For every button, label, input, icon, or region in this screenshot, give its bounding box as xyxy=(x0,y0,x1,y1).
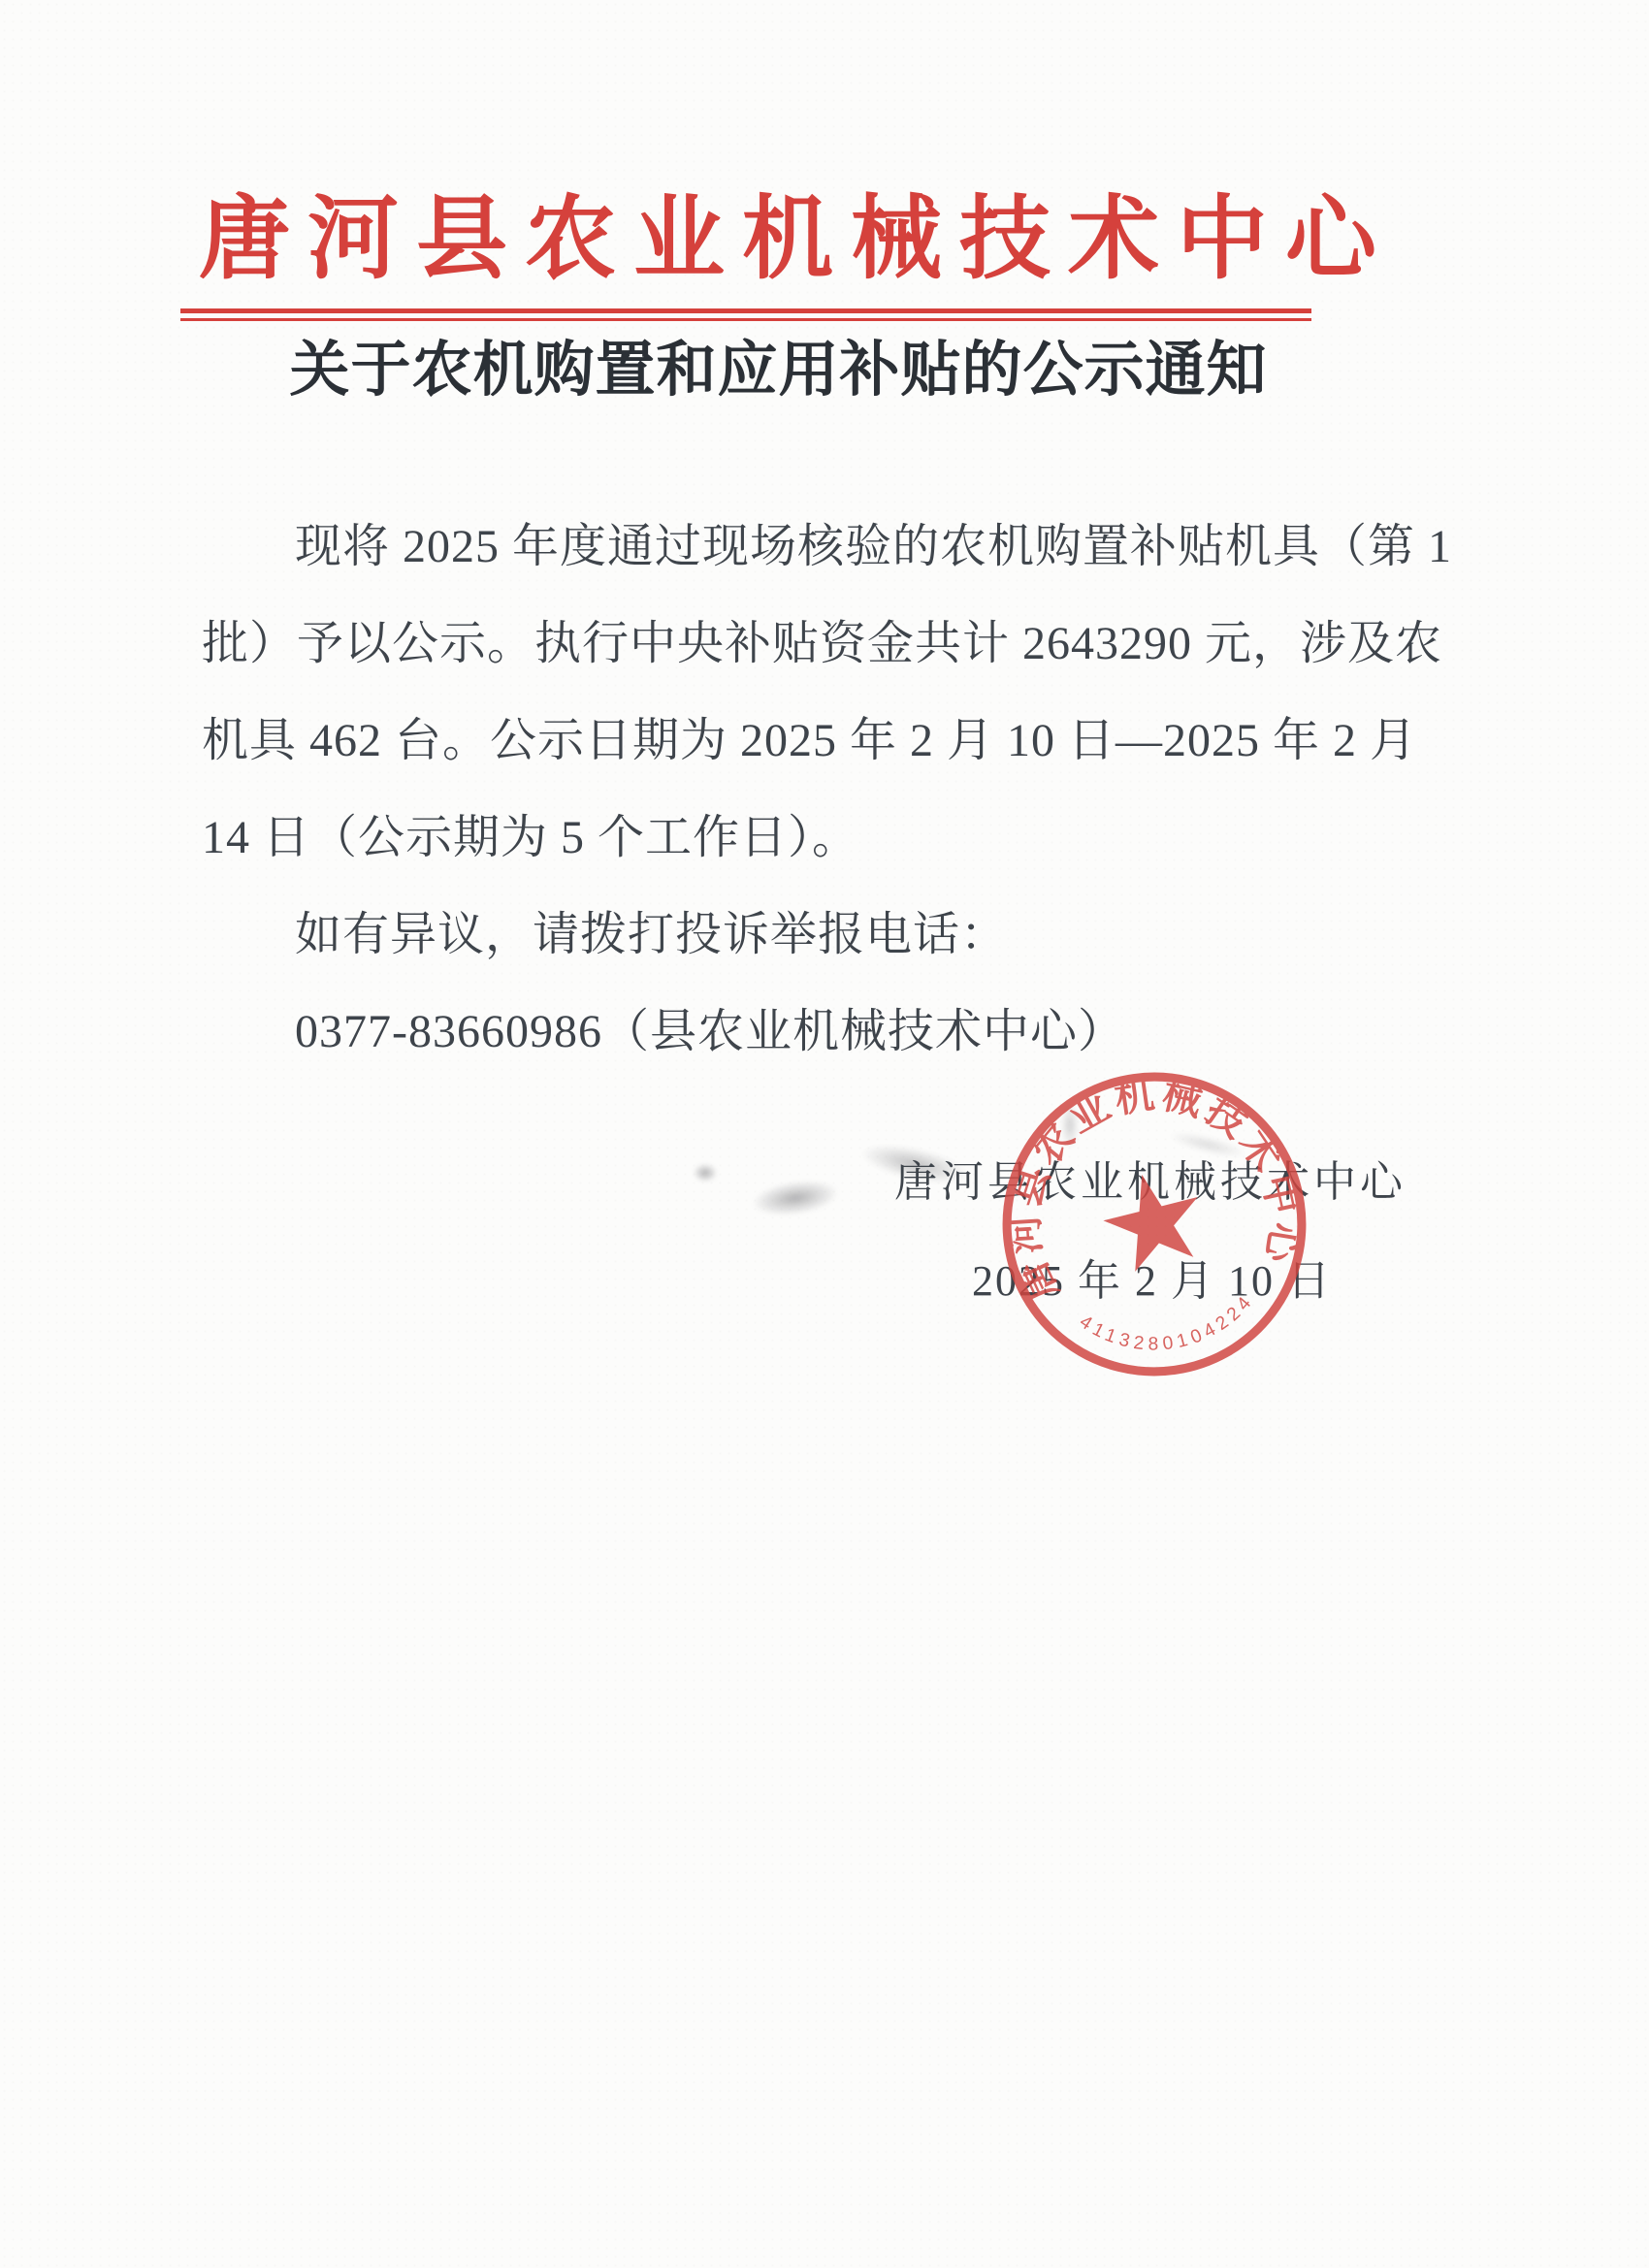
body-line: 14 日（公示期为 5 个工作日）。 xyxy=(202,790,1361,887)
scanned-notice-page: 唐河县农业机械技术中心 关于农机购置和应用补贴的公示通知 现将 2025 年度通… xyxy=(0,0,1649,2268)
official-seal: 唐河县农业机械技术中心 4113280104224 xyxy=(977,1047,1332,1402)
seal-star xyxy=(1095,1163,1212,1277)
masthead-rule-thick xyxy=(180,308,1311,313)
svg-text:唐河县农业机械技术中心: 唐河县农业机械技术中心 xyxy=(983,1053,1313,1310)
seal-code: 4113280104224 xyxy=(1074,1288,1264,1367)
scan-smudge xyxy=(689,1160,722,1185)
body-line: 机具 462 台。公示日期为 2025 年 2 月 10 日—2025 年 2 … xyxy=(202,693,1361,790)
body-line: 如有异议，请拨打投诉举报电话： xyxy=(202,887,1361,984)
svg-text:4113280104224: 4113280104224 xyxy=(1074,1288,1264,1367)
masthead-double-rule xyxy=(180,308,1311,321)
notice-body: 现将 2025 年度通过现场核验的农机购置补贴机具（第 1 批）予以公示。执行中… xyxy=(202,499,1361,1081)
body-line: 现将 2025 年度通过现场核验的农机购置补贴机具（第 1 xyxy=(202,499,1361,596)
body-line: 批）予以公示。执行中央补贴资金共计 2643290 元，涉及农 xyxy=(202,596,1361,693)
scan-smudge xyxy=(734,1168,856,1228)
seal-ring-text: 唐河县农业机械技术中心 xyxy=(983,1053,1313,1310)
agency-masthead-title: 唐河县农业机械技术中心 xyxy=(199,190,1358,290)
masthead-rule-thin xyxy=(180,318,1311,321)
notice-subtitle: 关于农机购置和应用补贴的公示通知 xyxy=(199,338,1358,404)
